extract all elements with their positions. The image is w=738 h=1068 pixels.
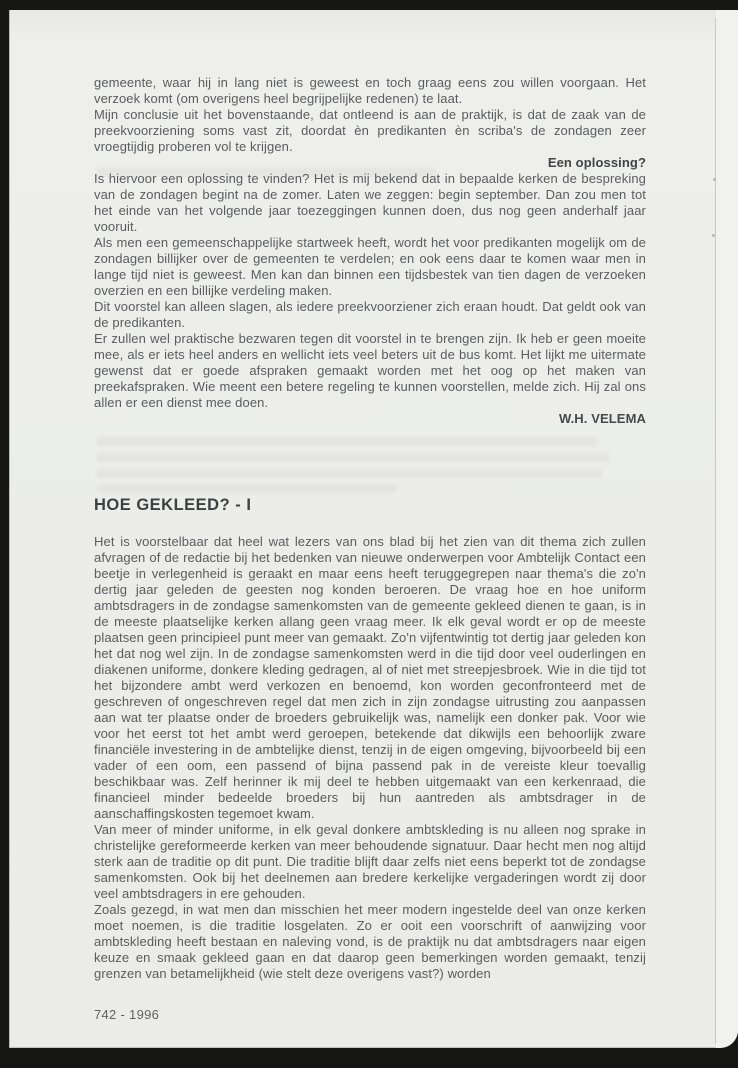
show-through-artifact: [97, 437, 597, 446]
paragraph: Mijn conclusie uit het bovenstaande, dat…: [94, 107, 646, 155]
article-hoe-gekleed: HOE GEKLEED? - I Het is voorstelbaar dat…: [94, 495, 646, 982]
page-number: 742 - 1996: [94, 1007, 159, 1022]
paragraph: Er zullen wel praktische bezwaren tegen …: [94, 331, 646, 411]
paragraph: Zoals gezegd, in wat men dan misschien h…: [94, 902, 646, 982]
scanned-page: gemeente, waar hij in lang niet is gewee…: [9, 10, 738, 1048]
paragraph: Het is voorstelbaar dat heel wat lezers …: [94, 534, 646, 822]
paragraph: Van meer of minder uniforme, in elk geva…: [94, 822, 646, 902]
article-preekvoorziening: gemeente, waar hij in lang niet is gewee…: [94, 75, 646, 427]
paragraph: gemeente, waar hij in lang niet is gewee…: [94, 75, 646, 107]
dust-speck: [712, 234, 715, 237]
paragraph: Als men een gemeenschappelijke startweek…: [94, 235, 646, 299]
show-through-artifact: [97, 469, 602, 478]
underlying-page-edge: [716, 10, 738, 1048]
show-through-artifact: [97, 453, 609, 462]
author-signature: W.H. VELEMA: [94, 411, 646, 427]
page-edge-line: [715, 18, 716, 1044]
paragraph: Is hiervoor een oplossing te vinden? Het…: [94, 171, 646, 235]
dust-speck: [713, 178, 716, 181]
show-through-artifact: [97, 484, 397, 493]
paragraph: Dit voorstel kan alleen slagen, als iede…: [94, 299, 646, 331]
scan-dark-border: gemeente, waar hij in lang niet is gewee…: [0, 0, 738, 1068]
subheading-een-oplossing: Een oplossing?: [94, 155, 646, 171]
section-title: HOE GEKLEED? - I: [94, 495, 646, 515]
